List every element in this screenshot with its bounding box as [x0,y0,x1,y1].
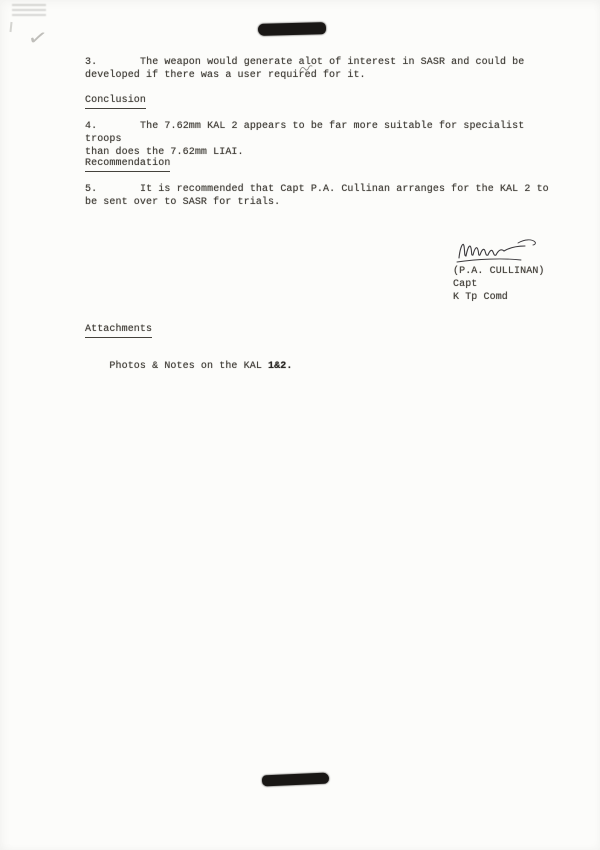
signature-block: (P.A. CULLINAN) Capt K Tp Comd [453,237,583,304]
pencil-edge-tick [9,22,12,32]
paragraph-5: 5. It is recommended that Capt P.A. Cull… [85,183,567,209]
redaction-bar-bottom [262,773,329,787]
attachment-line-text: Photos & Notes on the KAL [109,361,268,372]
signatory-rank: Capt [453,278,583,291]
faint-corner-stamp [12,4,46,18]
heading-conclusion: Conclusion [85,94,146,109]
scanned-memo-page: ✓ 3. The weapon would generate alot of i… [0,0,600,850]
paragraph-text: It is recommended that Capt P.A. Cullina… [85,183,567,209]
heading-recommendation: Recommendation [85,157,170,172]
signatory-name: (P.A. CULLINAN) [453,265,583,278]
handwritten-insertion-mark-icon [299,64,313,73]
paragraph-4: 4. The 7.62mm KAL 2 appears to be far mo… [85,120,567,159]
paragraph-number: 5. [85,183,97,196]
handwritten-signature-icon [455,237,547,265]
attachment-line: Photos & Notes on the KAL 1&2. [85,347,292,386]
paragraph-number: 4. [85,120,97,133]
attachment-line-overstrike: 1&2. [268,361,292,372]
paragraph-text: The weapon would generate alot of intere… [85,56,567,82]
heading-attachments: Attachments [85,323,152,338]
paragraph-text: The 7.62mm KAL 2 appears to be far more … [85,120,567,159]
paragraph-number: 3. [85,56,97,69]
pencil-checkmark-icon: ✓ [26,25,49,52]
paragraph-3: 3. The weapon would generate alot of int… [85,56,567,82]
redaction-bar-top [258,22,326,36]
signatory-appointment: K Tp Comd [453,291,583,304]
